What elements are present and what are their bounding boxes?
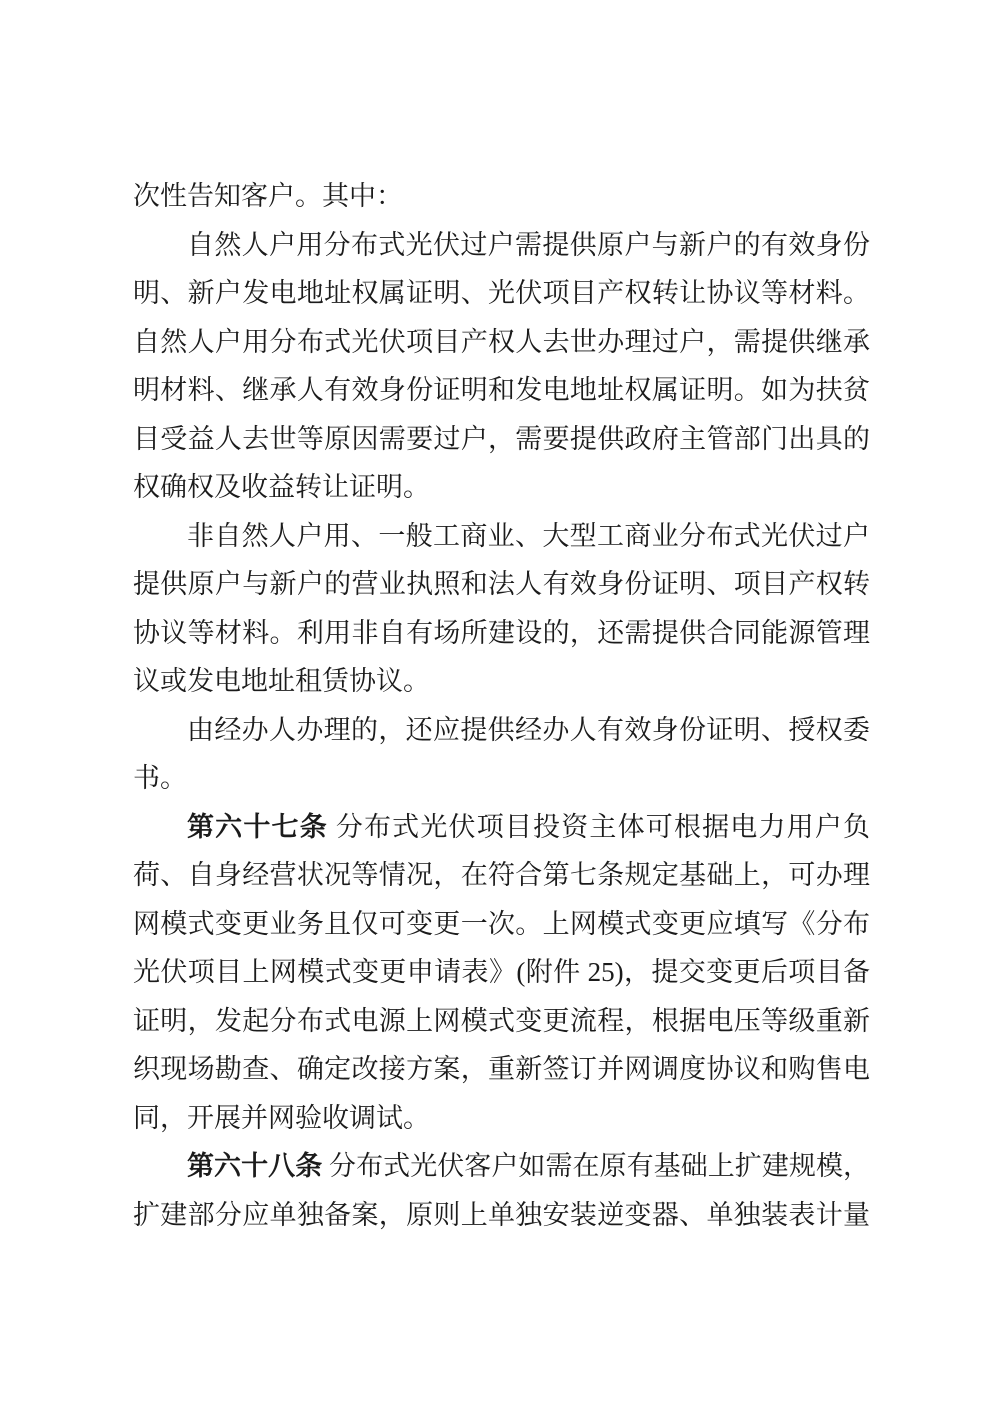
document-line: 议或发电地址租赁协议。 xyxy=(133,657,870,706)
document-line: 同，开展并网验收调试。 xyxy=(133,1094,870,1143)
document-line: 网模式变更业务且仅可变更一次。上网模式变更应填写《分布式 xyxy=(133,900,870,949)
document-line: 明、新户发电地址权属证明、光伏项目产权转让协议等材料。因 xyxy=(133,269,870,318)
document-line: 自然人户用分布式光伏项目产权人去世办理过户，需提供继承证 xyxy=(133,318,870,367)
document-line: 荷、自身经营状况等情况，在符合第七条规定基础上，可办理上 xyxy=(133,851,870,900)
document-line: 提供原户与新户的营业执照和法人有效身份证明、项目产权转让 xyxy=(133,560,870,609)
document-line: 明材料、继承人有效身份证明和发电地址权属证明。如为扶贫项 xyxy=(133,366,870,415)
document-body: 次性告知客户。其中：自然人户用分布式光伏过户需提供原户与新户的有效身份证明、新户… xyxy=(133,172,870,1239)
document-line: 非自然人户用、一般工商业、大型工商业分布式光伏过户需 xyxy=(133,512,870,561)
article-number: 第六十七条 xyxy=(187,812,328,842)
document-line: 证明，发起分布式电源上网模式变更流程，根据电压等级重新组 xyxy=(133,997,870,1046)
article-number: 第六十八条 xyxy=(187,1151,322,1181)
document-line: 扩建部分应单独备案，原则上单独安装逆变器、单独装表计量发 xyxy=(133,1191,870,1240)
document-line: 权确权及收益转让证明。 xyxy=(133,463,870,512)
document-line: 第六十八条 分布式光伏客户如需在原有基础上扩建规模， xyxy=(133,1142,870,1191)
document-line: 目受益人去世等原因需要过户，需要提供政府主管部门出具的产 xyxy=(133,415,870,464)
document-line: 书。 xyxy=(133,754,870,803)
document-line: 次性告知客户。其中： xyxy=(133,172,870,221)
document-line: 由经办人办理的，还应提供经办人有效身份证明、授权委托 xyxy=(133,706,870,755)
document-line: 织现场勘查、确定改接方案，重新签订并网调度协议和购售电合 xyxy=(133,1045,870,1094)
document-line: 光伏项目上网模式变更申请表》(附件 25)，提交变更后项目备案 xyxy=(133,948,870,997)
document-line: 自然人户用分布式光伏过户需提供原户与新户的有效身份证 xyxy=(133,221,870,270)
document-line: 第六十七条 分布式光伏项目投资主体可根据电力用户负 xyxy=(133,803,870,852)
document-line: 协议等材料。利用非自有场所建设的，还需提供合同能源管理协 xyxy=(133,609,870,658)
document-page: 次性告知客户。其中：自然人户用分布式光伏过户需提供原户与新户的有效身份证明、新户… xyxy=(0,0,992,1403)
